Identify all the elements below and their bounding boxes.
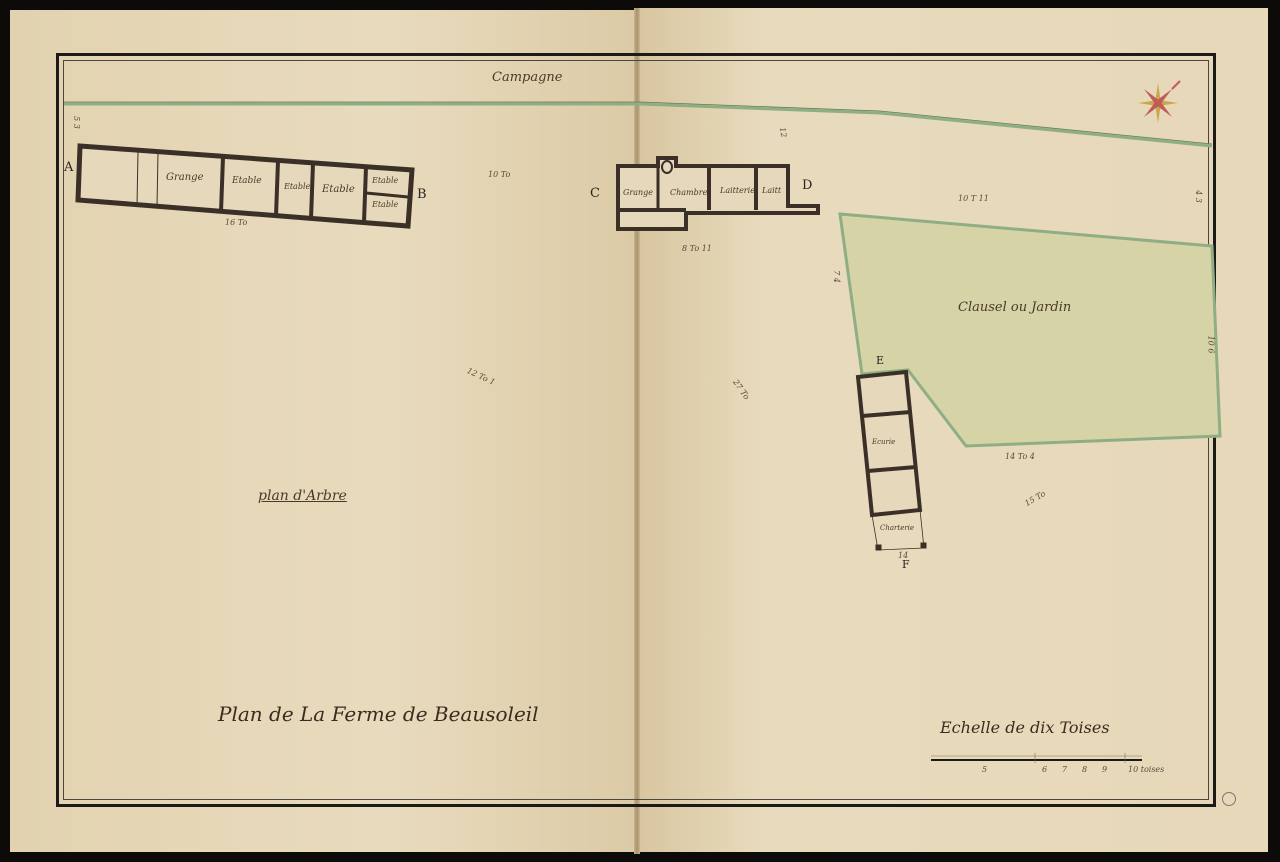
room-label: Laitt xyxy=(762,186,781,195)
room-label: Etable xyxy=(232,176,262,186)
point-a: A xyxy=(64,160,73,175)
scale-tick: 9 xyxy=(1102,765,1107,774)
measure-label: 10 T 11 xyxy=(958,194,989,203)
room-label: Chambre xyxy=(670,188,707,197)
measure-label: 14 xyxy=(898,551,908,560)
measure-label: 7 4 xyxy=(832,270,841,283)
room-label: Etable xyxy=(322,184,355,195)
measure-label: 10 To xyxy=(488,170,510,179)
room-label: Ecurie xyxy=(872,438,895,446)
library-stamp-icon xyxy=(1222,792,1236,806)
measure-label: 16 To xyxy=(225,218,247,227)
campagne-label: Campagne xyxy=(492,70,562,85)
hedge-line xyxy=(64,104,1212,146)
room-label: Charterie xyxy=(880,524,914,532)
scale-bar xyxy=(931,753,1142,763)
room-label: Etable xyxy=(372,176,398,185)
point-c: C xyxy=(590,186,600,201)
scale-tick: 5 xyxy=(982,765,987,774)
room-label: Etable xyxy=(372,200,398,209)
measure-label: 5 3 xyxy=(72,116,81,129)
measure-label: 12 xyxy=(778,127,789,139)
measure-label: 10 6 xyxy=(1206,336,1215,354)
scale-tick: 10 toises xyxy=(1128,765,1164,774)
scale-title: Echelle de dix Toises xyxy=(940,718,1110,737)
field-label: plan d'Arbre xyxy=(258,488,347,504)
room-label: Laitterie xyxy=(720,186,755,195)
point-d: D xyxy=(802,178,812,193)
building-ab xyxy=(78,146,412,226)
point-e: E xyxy=(876,354,884,367)
compass-rose-icon xyxy=(1138,81,1180,123)
map-title: Plan de La Ferme de Beausoleil xyxy=(218,702,539,726)
point-b: B xyxy=(417,187,427,202)
scale-tick: 6 xyxy=(1042,765,1047,774)
measure-label: 14 To 4 xyxy=(1005,452,1035,461)
measure-label: 8 To 11 xyxy=(682,244,712,253)
room-label: Grange xyxy=(166,172,204,183)
garden-label: Clausel ou Jardin xyxy=(958,300,1071,315)
scale-tick: 8 xyxy=(1082,765,1087,774)
room-label: Grange xyxy=(623,188,653,197)
measure-label: 4 3 xyxy=(1194,190,1203,203)
room-label: Etable xyxy=(284,182,310,191)
scale-tick: 7 xyxy=(1062,765,1067,774)
